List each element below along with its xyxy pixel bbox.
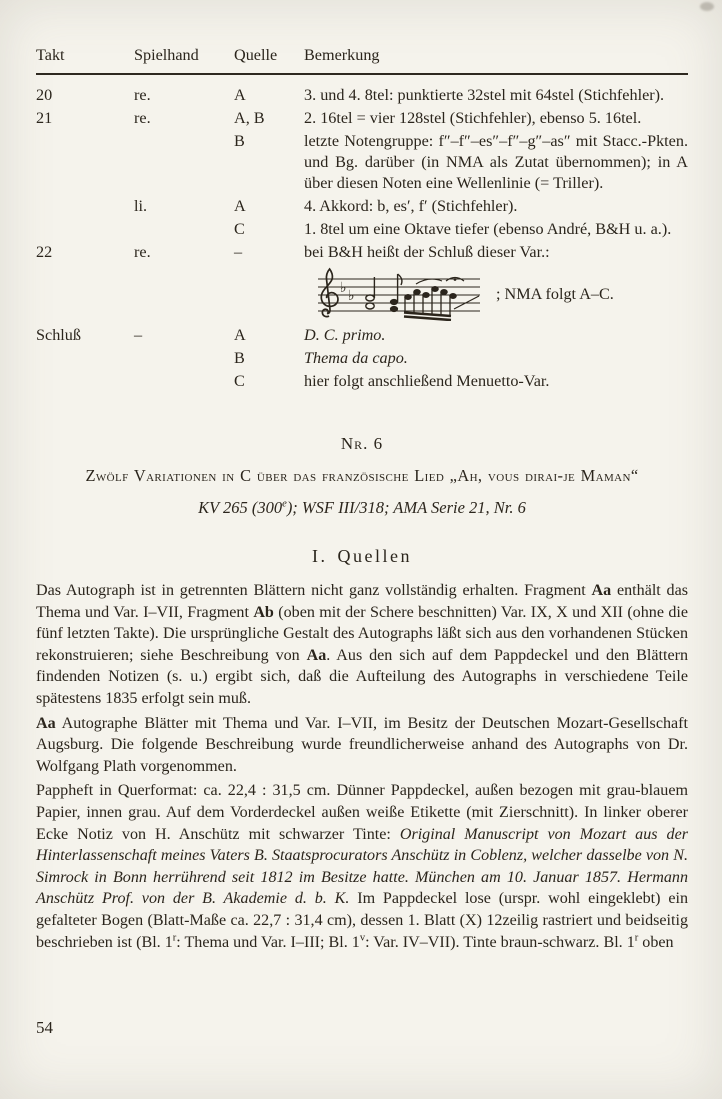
number-heading: Nr. 6 [36,434,688,454]
section-heading: I. Quellen [36,546,688,567]
paragraph: Das Autograph ist in getrennten Blättern… [36,580,688,710]
quelle-cell: – [234,242,304,323]
takt-cell [36,131,134,194]
quelle-cell: A [234,325,304,346]
spielhand-cell: – [134,325,234,346]
spielhand-cell: re. [134,242,234,323]
column-header-takt: Takt [36,45,134,66]
takt-cell: 21 [36,108,134,129]
table-header-row: TaktSpielhandQuelleBemerkung [36,45,688,75]
takt-cell: 20 [36,85,134,106]
spielhand-cell [134,131,234,194]
table-row: li.A4. Akkord: b, es′, f′ (Stichfehler). [36,196,688,217]
table-row: Bletzte Notengruppe: f″–f″–es″–f″–g″–as″… [36,131,688,194]
spielhand-cell: re. [134,108,234,129]
bemerkung-cell: Thema da capo. [304,348,688,369]
bemerkung-cell: bei B&H heißt der Schluß dieser Var.: ♭ … [304,242,688,323]
quelle-cell: C [234,219,304,240]
takt-cell: Schluß [36,325,134,346]
takt-cell: 22 [36,242,134,323]
half-note-chord [366,277,375,309]
quelle-cell: C [234,371,304,392]
spielhand-cell: re. [134,85,234,106]
bemerkung-cell: 1. 8tel um eine Oktave tiefer (ebenso An… [304,219,688,240]
quelle-cell: A [234,196,304,217]
quelle-cell: A, B [234,108,304,129]
bemerkung-cell: 2. 16tel = vier 128stel (Stichfehler), e… [304,108,688,129]
table-row: C1. 8tel um eine Oktave tiefer (ebenso A… [36,219,688,240]
catalog-reference: KV 265 (300e); WSF III/318; AMA Serie 21… [36,498,688,518]
column-header-spielhand: Spielhand [134,45,234,66]
takt-cell [36,219,134,240]
quelle-cell: A [234,85,304,106]
quelle-cell: B [234,348,304,369]
spielhand-cell [134,219,234,240]
quelle-cell: B [234,131,304,194]
music-caption: ; NMA folgt A–C. [496,284,614,305]
spielhand-cell: li. [134,196,234,217]
column-header-bemerkung: Bemerkung [304,45,688,66]
column-header-quelle: Quelle [234,45,304,66]
bemerkung-cell: D. C. primo. [304,325,688,346]
table-row: Schluß–AD. C. primo. [36,325,688,346]
takt-cell [36,196,134,217]
bemerkungen-table: TaktSpielhandQuelleBemerkung20re.A3. und… [36,45,688,392]
work-title: Zwölf Variationen in C über das französi… [36,466,688,486]
book-page: TaktSpielhandQuelleBemerkung20re.A3. und… [0,0,722,1099]
music-example-line: ♭ ♭ [304,267,688,321]
paragraph: Pappheft in Querformat: ca. 22,4 : 31,5 … [36,780,688,953]
bemerkung-cell: hier folgt anschließend Menuetto-Var. [304,371,688,392]
paragraph: Aa Autographe Blätter mit Thema und Var.… [36,713,688,778]
bemerkung-cell: 3. und 4. 8tel: punktierte 32stel mit 64… [304,85,688,106]
scan-smudge [700,2,714,11]
table-row: 21re.A, B2. 16tel = vier 128stel (Stichf… [36,108,688,129]
eighth-note-chord [390,274,402,312]
bemerkung-cell: 4. Akkord: b, es′, f′ (Stichfehler). [304,196,688,217]
flat-sign-icon: ♭ [348,288,355,304]
table-row: BThema da capo. [36,348,688,369]
music-notation-example: ♭ ♭ [304,267,486,321]
page-number: 54 [36,1018,53,1038]
bemerkung-cell: letzte Notengruppe: f″–f″–es″–f″–g″–as″ … [304,131,688,194]
table-row: 22re.–bei B&H heißt der Schluß dieser Va… [36,242,688,323]
table-row: 20re.A3. und 4. 8tel: punktierte 32stel … [36,85,688,106]
table-row: Chier folgt anschließend Menuetto-Var. [36,371,688,392]
takt-cell [36,371,134,392]
treble-clef-icon [321,269,338,317]
flat-sign-icon: ♭ [340,280,347,296]
spielhand-cell [134,348,234,369]
takt-cell [36,348,134,369]
body-text: Das Autograph ist in getrennten Blättern… [36,580,688,953]
spielhand-cell [134,371,234,392]
